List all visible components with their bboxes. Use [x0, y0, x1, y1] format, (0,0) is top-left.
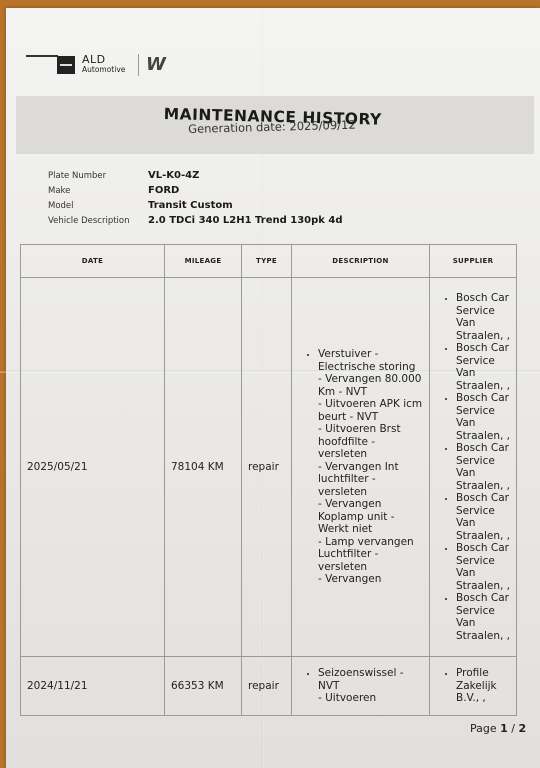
description-item: Verstuiver - Electrische storing - Verva…: [318, 348, 425, 586]
header-mileage: MILEAGE: [165, 245, 242, 278]
description-item: Seizoenswissel - NVT - Uitvoeren: [318, 667, 425, 705]
plate-value: VL-K0-4Z: [148, 170, 199, 181]
page-current: 1: [500, 722, 508, 735]
header-description: DESCRIPTION: [292, 245, 430, 278]
page-separator: /: [511, 722, 515, 735]
supplier-item: Bosch Car Service Van Straalen, ,: [456, 342, 512, 392]
table-header-row: DATE MILEAGE TYPE DESCRIPTION SUPPLIER: [21, 245, 517, 278]
partner-logo-icon: W: [146, 54, 162, 75]
vehicle-info: Plate Number VL-K0-4Z Make FORD Model Tr…: [48, 168, 343, 228]
table-row: 2024/11/21 66353 KM repair Seizoenswisse…: [21, 657, 517, 716]
generation-label: Generation date:: [188, 119, 286, 136]
cell-supplier: Bosch Car Service Van Straalen, , Bosch …: [430, 278, 517, 657]
cell-date: 2025/05/21: [21, 278, 165, 657]
cell-type: repair: [242, 278, 292, 657]
model-value: Transit Custom: [148, 200, 233, 211]
cell-supplier: Profile Zakelijk B.V., ,: [430, 657, 517, 716]
cell-type: repair: [242, 657, 292, 716]
info-row-model: Model Transit Custom: [48, 198, 343, 213]
header-type: TYPE: [242, 245, 292, 278]
model-label: Model: [48, 201, 148, 211]
cell-mileage: 66353 KM: [165, 657, 242, 716]
header-date: DATE: [21, 245, 165, 278]
supplier-item: Bosch Car Service Van Straalen, ,: [456, 542, 512, 592]
info-row-plate: Plate Number VL-K0-4Z: [48, 168, 343, 183]
vehicle-description-label: Vehicle Description: [48, 216, 148, 226]
make-label: Make: [48, 186, 148, 196]
supplier-item: Bosch Car Service Van Straalen, ,: [456, 442, 512, 492]
brand-text: ALD Automotive: [82, 54, 125, 74]
cell-description: Verstuiver - Electrische storing - Verva…: [292, 278, 430, 657]
page-label: Page: [470, 722, 497, 735]
plate-label: Plate Number: [48, 171, 148, 181]
make-value: FORD: [148, 185, 179, 196]
brand-sub: Automotive: [82, 66, 125, 74]
ald-logo-icon: [57, 56, 75, 74]
cell-description: Seizoenswissel - NVT - Uitvoeren: [292, 657, 430, 716]
supplier-item: Bosch Car Service Van Straalen, ,: [456, 592, 512, 642]
page-number: Page 1 / 2: [470, 722, 526, 735]
logo-divider: [138, 54, 139, 76]
info-row-make: Make FORD: [48, 183, 343, 198]
supplier-item: Bosch Car Service Van Straalen, ,: [456, 292, 512, 342]
supplier-item: Bosch Car Service Van Straalen, ,: [456, 492, 512, 542]
logo-line-icon: [26, 55, 58, 57]
brand-name: ALD: [82, 54, 125, 65]
table-row: 2025/05/21 78104 KM repair Verstuiver - …: [21, 278, 517, 657]
supplier-item: Profile Zakelijk B.V., ,: [456, 667, 512, 705]
page-total: 2: [519, 722, 527, 735]
generation-date-value: 2025/09/12: [289, 118, 356, 134]
cell-mileage: 78104 KM: [165, 278, 242, 657]
maintenance-table: DATE MILEAGE TYPE DESCRIPTION SUPPLIER 2…: [20, 244, 516, 716]
vehicle-description-value: 2.0 TDCi 340 L2H1 Trend 130pk 4d: [148, 215, 343, 226]
info-row-description: Vehicle Description 2.0 TDCi 340 L2H1 Tr…: [48, 213, 343, 228]
header-supplier: SUPPLIER: [430, 245, 517, 278]
supplier-item: Bosch Car Service Van Straalen, ,: [456, 392, 512, 442]
cell-date: 2024/11/21: [21, 657, 165, 716]
